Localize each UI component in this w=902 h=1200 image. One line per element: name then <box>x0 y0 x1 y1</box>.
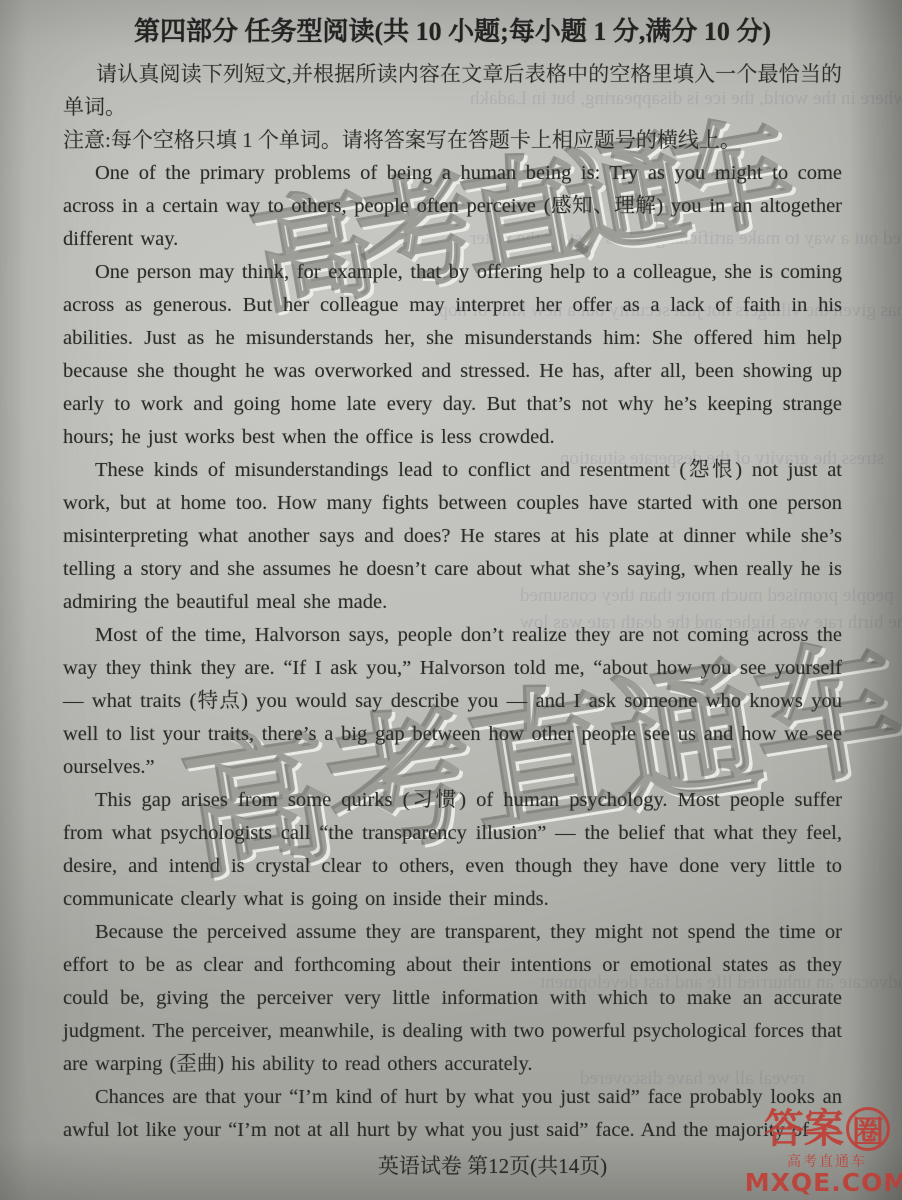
passage-paragraph: Most of the time, Halvorson says, people… <box>63 619 842 784</box>
section-title: 第四部分 任务型阅读(共 10 小题;每小题 1 分,满分 10 分) <box>63 12 842 52</box>
exam-page: Everywhere in the world, the ice is disa… <box>0 0 902 1200</box>
answer-stamp: 答案圈 高考直通车 MXQE.COM <box>742 1105 902 1196</box>
passage-paragraph: One of the primary problems of being a h… <box>63 157 842 256</box>
passage-paragraph: Because the perceived assume they are tr… <box>63 916 842 1081</box>
stamp-title-text: 答案 <box>764 1105 844 1153</box>
document-body: 第四部分 任务型阅读(共 10 小题;每小题 1 分,满分 10 分) 请认真阅… <box>63 12 842 1147</box>
instructions-text: 请认真阅读下列短文,并根据所读内容在文章后表格中的空格里填入一个最恰当的单词。 <box>63 58 842 124</box>
passage-paragraph: These kinds of misunderstandings lead to… <box>63 454 842 619</box>
passage-paragraph: This gap arises from some quirks (习惯) of… <box>63 784 842 916</box>
passage-paragraph: One person may think, for example, that … <box>63 256 842 454</box>
passage-paragraph: Chances are that your “I’m kind of hurt … <box>63 1081 842 1147</box>
stamp-circled-char: 圈 <box>846 1107 890 1151</box>
stamp-website: MXQE.COM <box>742 1170 902 1196</box>
stamp-title: 答案圈 <box>742 1105 902 1153</box>
page-number-footer: 英语试卷 第12页(共14页) <box>63 1150 842 1180</box>
note-text: 注意:每个空格只填 1 个单词。请将答案写在答题卡上相应题号的横线上。 <box>63 124 842 157</box>
